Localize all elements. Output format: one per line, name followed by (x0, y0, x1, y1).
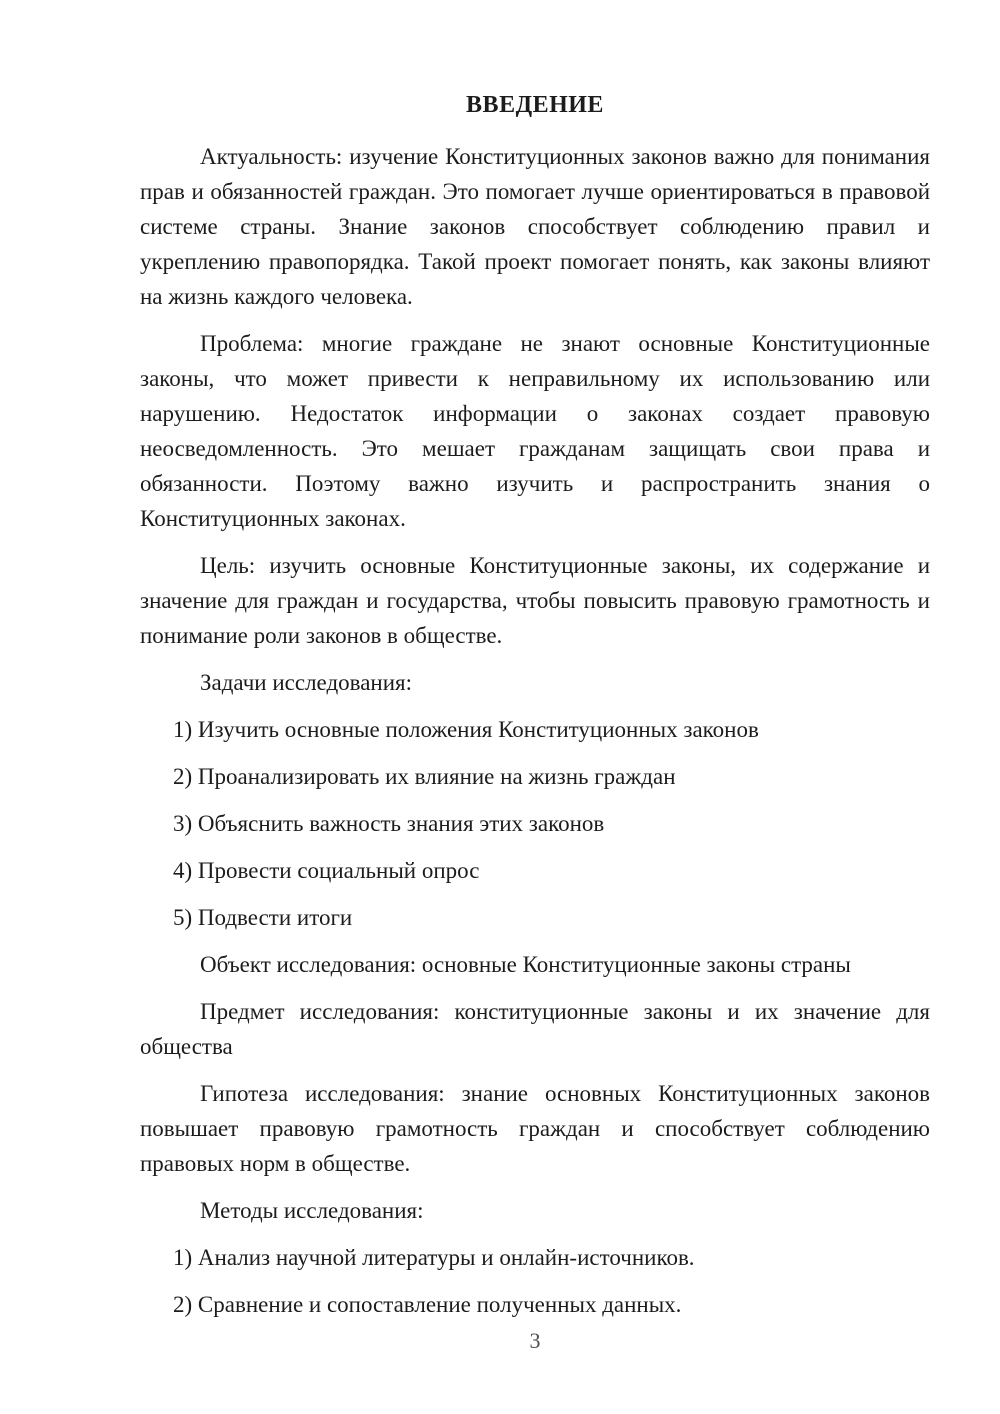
paragraph-object: Объект исследования: основные Конституци… (140, 947, 930, 982)
document-page: ВВЕДЕНИЕ Актуальность: изучение Конститу… (0, 0, 1000, 1414)
tasks-heading: Задачи исследования: (140, 665, 930, 700)
text-column: ВВЕДЕНИЕ Актуальность: изучение Конститу… (0, 0, 1000, 1322)
page-number: 3 (140, 1323, 930, 1358)
task-item-4: 4) Провести социальный опрос (140, 853, 930, 888)
method-item-2: 2) Сравнение и сопоставление полученных … (140, 1287, 930, 1322)
paragraph-problem: Проблема: многие граждане не знают основ… (140, 326, 930, 536)
paragraph-subject: Предмет исследования: конституционные за… (140, 994, 930, 1064)
paragraph-hypothesis: Гипотеза исследования: знание основных К… (140, 1076, 930, 1181)
page-title: ВВЕДЕНИЕ (140, 88, 930, 123)
task-item-1: 1) Изучить основные положения Конституци… (140, 712, 930, 747)
task-item-3: 3) Объяснить важность знания этих законо… (140, 806, 930, 841)
task-item-2: 2) Проанализировать их влияние на жизнь … (140, 759, 930, 794)
task-item-5: 5) Подвести итоги (140, 900, 930, 935)
method-item-1: 1) Анализ научной литературы и онлайн-ис… (140, 1240, 930, 1275)
tasks-list: 1) Изучить основные положения Конституци… (140, 712, 930, 935)
methods-list: 1) Анализ научной литературы и онлайн-ис… (140, 1240, 930, 1322)
paragraph-goal: Цель: изучить основные Конституционные з… (140, 548, 930, 653)
methods-heading: Методы исследования: (140, 1193, 930, 1228)
paragraph-relevance: Актуальность: изучение Конституционных з… (140, 139, 930, 314)
